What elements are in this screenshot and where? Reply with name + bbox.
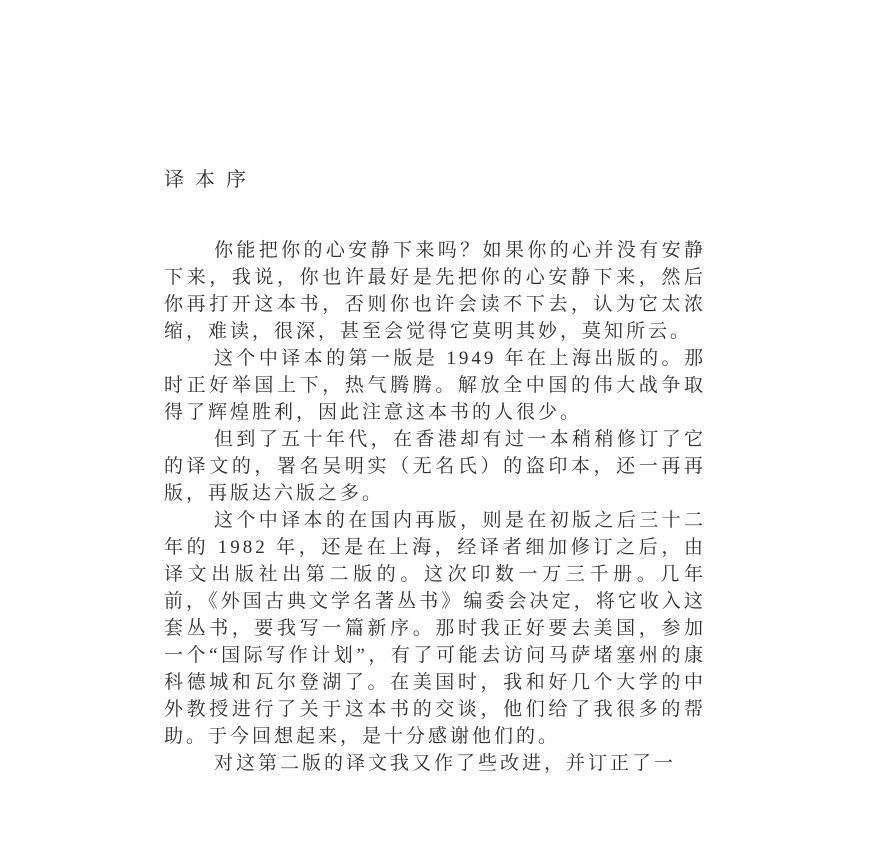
paragraph: 这个中译本的在国内再版，则是在初版之后三十二年的 1982 年，还是在上海，经译… <box>164 507 706 750</box>
document-page: 译本序 你能把你的心安静下来吗？如果你的心并没有安静下来，我说，你也许最好是先把… <box>0 0 870 842</box>
paragraph: 对这第二版的译文我又作了些改进，并订正了一 <box>164 750 706 777</box>
text-block: 译本序 你能把你的心安静下来吗？如果你的心并没有安静下来，我说，你也许最好是先把… <box>164 168 706 777</box>
paragraph: 这个中译本的第一版是 1949 年在上海出版的。那时正好举国上下，热气腾腾。解放… <box>164 345 706 426</box>
page-title: 译本序 <box>164 168 706 192</box>
paragraph: 你能把你的心安静下来吗？如果你的心并没有安静下来，我说，你也许最好是先把你的心安… <box>164 237 706 345</box>
paragraph: 但到了五十年代，在香港却有过一本稍稍修订了它的译文的，署名吴明实（无名氏）的盗印… <box>164 426 706 507</box>
